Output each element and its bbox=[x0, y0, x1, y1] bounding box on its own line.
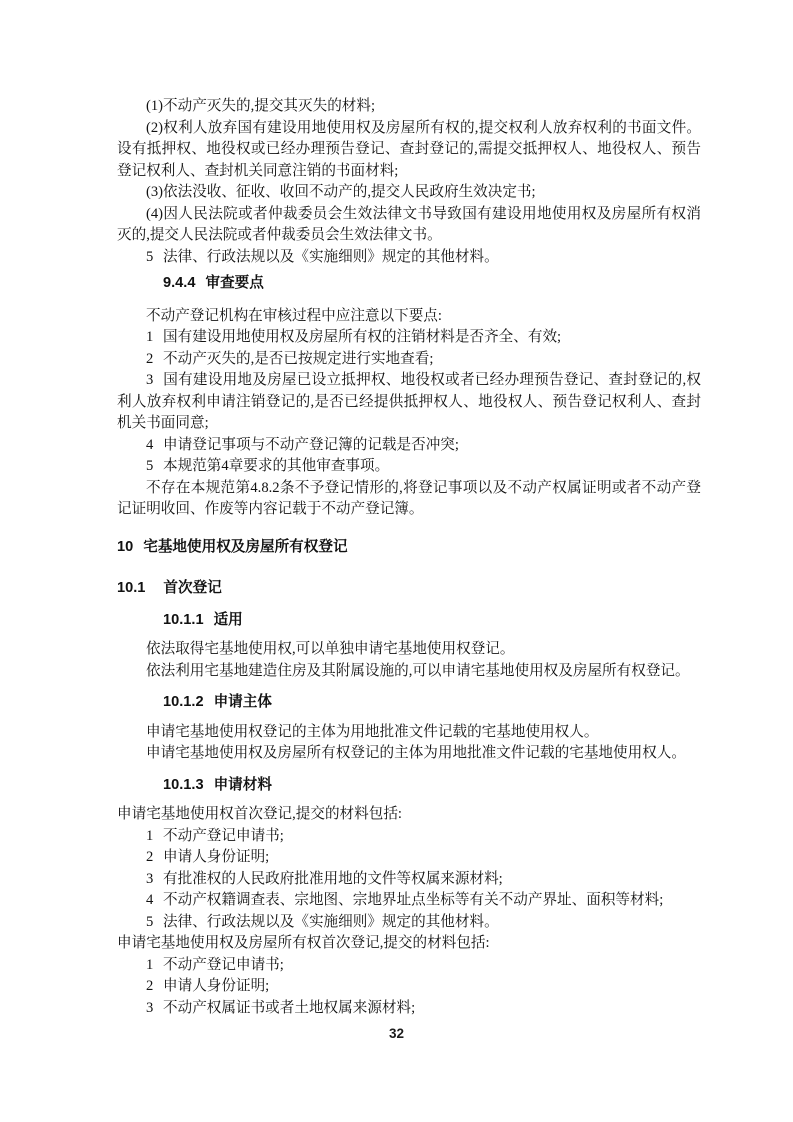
heading-title: 适用 bbox=[214, 612, 243, 628]
item-text: 国有建设用地使用权及房屋所有权的注销材料是否齐全、有效; bbox=[163, 329, 561, 345]
paragraph: 不动产登记机构在审核过程中应注意以下要点: bbox=[117, 306, 701, 328]
clause-paragraph: (2)权利人放弃国有建设用地使用权及房屋所有权的,提交权利人放弃权利的书面文件。… bbox=[117, 118, 701, 183]
paragraph: 依法利用宅基地建造住房及其附属设施的,可以申请宅基地使用权及房屋所有权登记。 bbox=[117, 661, 701, 683]
item-text: 申请人身份证明; bbox=[163, 849, 269, 865]
heading-number: 10.1.3 bbox=[163, 777, 204, 793]
item-text: 有批准权的人民政府批准用地的文件等权属来源材料; bbox=[163, 871, 503, 887]
item-text: 申请人身份证明; bbox=[163, 978, 269, 994]
clause-paragraph: (3)依法没收、征收、收回不动产的,提交人民政府生效决定书; bbox=[117, 182, 701, 204]
paragraph: 申请宅基地使用权首次登记,提交的材料包括: bbox=[117, 804, 701, 826]
paragraph: 不存在本规范第4.8.2条不予登记情形的,将登记事项以及不动产权属证明或者不动产… bbox=[117, 478, 701, 521]
numbered-item: 5法律、行政法规以及《实施细则》规定的其他材料。 bbox=[117, 247, 701, 269]
document-page: (1)不动产灭失的,提交其灭失的材料; (2)权利人放弃国有建设用地使用权及房屋… bbox=[0, 0, 793, 1122]
item-text: 不动产权籍调查表、宗地图、宗地界址点坐标等有关不动产界址、面积等材料; bbox=[163, 892, 663, 908]
item-text: 本规范第4章要求的其他审查事项。 bbox=[163, 458, 389, 474]
subsection-heading: 10.1.1适用 bbox=[163, 610, 701, 632]
page-number: 32 bbox=[0, 1026, 793, 1041]
numbered-item: 2不动产灭失的,是否已按规定进行实地查看; bbox=[117, 349, 701, 371]
heading-number: 9.4.4 bbox=[163, 275, 195, 291]
subsection-heading: 10.1.3申请材料 bbox=[163, 775, 701, 797]
item-number: 1 bbox=[146, 327, 163, 349]
document-body: (1)不动产灭失的,提交其灭失的材料; (2)权利人放弃国有建设用地使用权及房屋… bbox=[117, 96, 701, 1019]
item-text: 申请登记事项与不动产登记簿的记载是否冲突; bbox=[163, 437, 459, 453]
numbered-item: 3不动产权属证书或者土地权属来源材料; bbox=[117, 998, 701, 1020]
paragraph: 依法取得宅基地使用权,可以单独申请宅基地使用权登记。 bbox=[117, 639, 701, 661]
numbered-item: 5本规范第4章要求的其他审查事项。 bbox=[117, 456, 701, 478]
item-text: 国有建设用地及房屋已设立抵押权、地役权或者已经办理预告登记、查封登记的,权利人放… bbox=[117, 372, 701, 431]
heading-title: 申请主体 bbox=[214, 694, 272, 710]
item-number: 2 bbox=[146, 847, 163, 869]
item-number: 3 bbox=[146, 370, 163, 392]
item-number: 4 bbox=[146, 435, 163, 457]
numbered-item: 3国有建设用地及房屋已设立抵押权、地役权或者已经办理预告登记、查封登记的,权利人… bbox=[117, 370, 701, 435]
heading-title: 首次登记 bbox=[163, 580, 221, 596]
section-heading: 10.1首次登记 bbox=[117, 578, 701, 600]
item-text: 法律、行政法规以及《实施细则》规定的其他材料。 bbox=[163, 914, 499, 930]
numbered-item: 1不动产登记申请书; bbox=[117, 955, 701, 977]
item-number: 4 bbox=[146, 890, 163, 912]
paragraph: 申请宅基地使用权及房屋所有权首次登记,提交的材料包括: bbox=[117, 933, 701, 955]
heading-title: 申请材料 bbox=[214, 777, 272, 793]
numbered-item: 2申请人身份证明; bbox=[117, 847, 701, 869]
heading-number: 10.1.2 bbox=[163, 694, 204, 710]
item-number: 3 bbox=[146, 998, 163, 1020]
item-number: 5 bbox=[146, 912, 163, 934]
chapter-heading: 10宅基地使用权及房屋所有权登记 bbox=[117, 537, 701, 559]
heading-number: 10.1.1 bbox=[163, 612, 204, 628]
numbered-item: 5法律、行政法规以及《实施细则》规定的其他材料。 bbox=[117, 912, 701, 934]
item-number: 2 bbox=[146, 976, 163, 998]
heading-number: 10.1 bbox=[117, 580, 145, 596]
numbered-item: 1不动产登记申请书; bbox=[117, 826, 701, 848]
numbered-item: 1国有建设用地使用权及房屋所有权的注销材料是否齐全、有效; bbox=[117, 327, 701, 349]
heading-title: 宅基地使用权及房屋所有权登记 bbox=[143, 539, 347, 555]
item-text: 不动产登记申请书; bbox=[163, 828, 284, 844]
item-number: 2 bbox=[146, 349, 163, 371]
subsection-heading: 10.1.2申请主体 bbox=[163, 692, 701, 714]
paragraph: 申请宅基地使用权登记的主体为用地批准文件记载的宅基地使用权人。 bbox=[117, 722, 701, 744]
numbered-item: 4不动产权籍调查表、宗地图、宗地界址点坐标等有关不动产界址、面积等材料; bbox=[117, 890, 701, 912]
item-text: 不动产灭失的,是否已按规定进行实地查看; bbox=[163, 351, 433, 367]
item-text: 不动产登记申请书; bbox=[163, 957, 284, 973]
heading-title: 审查要点 bbox=[205, 275, 263, 291]
item-number: 1 bbox=[146, 826, 163, 848]
item-number: 1 bbox=[146, 955, 163, 977]
item-number: 5 bbox=[146, 456, 163, 478]
numbered-item: 2申请人身份证明; bbox=[117, 976, 701, 998]
paragraph: 申请宅基地使用权及房屋所有权登记的主体为用地批准文件记载的宅基地使用权人。 bbox=[117, 743, 701, 765]
item-number: 3 bbox=[146, 869, 163, 891]
item-number: 5 bbox=[146, 247, 163, 269]
clause-paragraph: (1)不动产灭失的,提交其灭失的材料; bbox=[117, 96, 701, 118]
heading-number: 10 bbox=[117, 539, 133, 555]
numbered-item: 4申请登记事项与不动产登记簿的记载是否冲突; bbox=[117, 435, 701, 457]
item-text: 不动产权属证书或者土地权属来源材料; bbox=[163, 1000, 415, 1016]
clause-paragraph: (4)因人民法院或者仲裁委员会生效法律文书导致国有建设用地使用权及房屋所有权消灭… bbox=[117, 204, 701, 247]
subsection-heading: 9.4.4审查要点 bbox=[163, 273, 701, 295]
numbered-item: 3有批准权的人民政府批准用地的文件等权属来源材料; bbox=[117, 869, 701, 891]
item-text: 法律、行政法规以及《实施细则》规定的其他材料。 bbox=[163, 249, 499, 265]
